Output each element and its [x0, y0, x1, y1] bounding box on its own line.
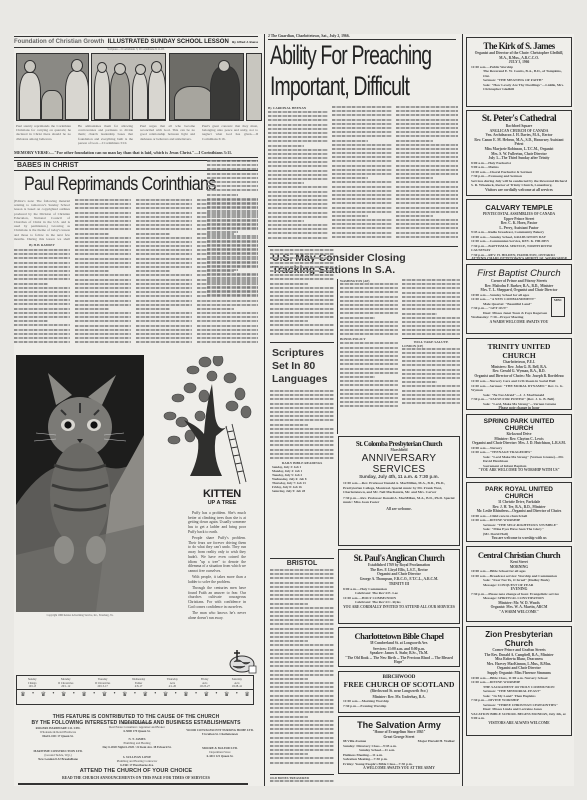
sunday-school-banner: Foundation of Christian Growth ILLUSTRAT…: [14, 36, 258, 48]
comic-panel-3: [169, 53, 244, 121]
kitten-subtitle: UP A TREE: [192, 500, 252, 506]
reading-item: Saturday, July 9: Job 28: [272, 489, 334, 493]
caption-4: Paul's great concern: that they must, be…: [202, 124, 258, 148]
sponsor-business: MARITIME CONSTRUCTION LTD.(Ground Tackle…: [22, 750, 94, 761]
reading-day: FridayActs19:23-27: [200, 678, 210, 689]
caption-1: Paul sternly reprimands the Corinthian C…: [16, 124, 71, 148]
ad-st-colomba: St. Colomba Presbyterian Church Marshfie…: [338, 436, 460, 546]
ad-salvation-army: The Salvation Army "Home of Evangelism S…: [338, 716, 460, 774]
preaching-body: By CARDINAL HEENAN: [268, 106, 458, 246]
sponsor-block: THIS FEATURE IS CONTRIBUTED TO THE CAUSE…: [14, 710, 258, 786]
daily-bible-readings: SundayI Kings19:1-8MondayII Chronicles20…: [16, 675, 254, 705]
strip-scripture: Scripture—I Corinthians 3; II Corinthian…: [14, 48, 258, 51]
reading-day: ThursdayActs4:1-20: [167, 678, 178, 689]
kitten-photo: [16, 355, 144, 612]
ad-calvary-temple: CALVARY TEMPLE PENTECOSTAL ASSEMBLIES OF…: [466, 199, 572, 260]
headline-paul-reprimands: Paul Reprimands Corinthians: [24, 174, 216, 196]
ad-birchwood: BIRCHWOOD FREE CHURCH OF SCOTLAND (Birch…: [338, 671, 460, 713]
ad-st-pauls: St. Paul's Anglican Church Established 1…: [338, 549, 460, 624]
ad-park-royal: PARK ROYAL UNITED CHURCH 31 Christie Dri…: [466, 482, 572, 542]
attend-church-slogan: ATTEND THE CHURCH OF YOUR CHOICE: [14, 768, 258, 774]
sponsor-business: S. SULLIVAN LOWEPlumbing and Heating Con…: [102, 756, 172, 767]
ad-spring-park: SPRING PARK UNITED CHURCH Kirkwood Drive…: [466, 414, 572, 478]
sponsor-business: N. T. JAMESPlumbing and HeatingDay 6-202…: [102, 738, 172, 749]
newspaper-page: Foundation of Christian Growth ILLUSTRAT…: [14, 34, 574, 786]
kitten-text: Puffy has a problem. She's much better a…: [188, 511, 246, 620]
headline-scriptures: Scriptures Set In 80 Languages: [272, 347, 327, 386]
strip-byline: By Alfred J. Buescher: [232, 40, 258, 44]
photo-copyright: Copyright 1966 Keister Advertising Servi…: [16, 614, 144, 617]
ad-st-peters: St. Peter's Cathedral Rochford Square AN…: [466, 110, 572, 196]
ad-bible-chapel: Charlottetown Bible Chapel 38 Cumberland…: [338, 627, 460, 667]
comic-panel-1: [16, 53, 89, 121]
reading-day: WednesdayEsther4:8-17: [132, 678, 145, 689]
reading-day: MondayII Chronicles20:1-12: [58, 678, 73, 689]
sponsor-business: JOHN W. MacKENZIEReal Estate Consultant …: [102, 722, 172, 733]
tracking-body: WASHINGTON (AP) BONDS POLICY WILL TAKE S…: [340, 279, 460, 433]
sponsor-business: WOOD CONVALESCENT NURSING HOME LTD.9 Gra…: [184, 729, 256, 737]
reading-day: SaturdayActs19:28-41: [232, 678, 242, 689]
ad-zion-presbyterian: Zion Presbyterian Church Corner Prince a…: [466, 626, 572, 736]
strip-title-left: Foundation of Christian Growth: [14, 39, 104, 45]
headline-bristol: BRISTOL: [270, 558, 334, 567]
strip-title-right: ILLUSTRATED SUNDAY SCHOOL LESSON: [108, 39, 229, 45]
memory-verse: MEMORY VERSE:—"For other foundation can …: [14, 150, 258, 158]
scriptures-body: DAILY BIBLE READINGS Sunday, July 3: Job…: [270, 390, 334, 525]
caption-2: He admonishes them for allowing controve…: [78, 124, 133, 148]
church-globe-icon: [229, 648, 257, 674]
sponsor-business: MOORE & McLEOD LTD.Department Store6-441…: [184, 747, 256, 758]
kitten-title: KITTEN: [192, 488, 252, 500]
reading-day: TuesdayII Chronicles20:13-17: [95, 678, 110, 689]
caption-3: Paul urges that all who become reconcile…: [140, 124, 195, 148]
comic-panel-4-edge: [246, 53, 262, 121]
tree-illustration: [160, 356, 256, 494]
sponsor-business: ROGERS HARDWARE CO. LTD.Wholesale & Reta…: [22, 727, 94, 738]
headline-preaching: Ability For Preaching Important, Difficu…: [270, 40, 405, 102]
ad-kirk-st-james: The Kirk of S. James Organist and Direct…: [466, 37, 572, 107]
read-announcements: READ THE CHURCH ANNOUNCEMENTS ON THIS PA…: [14, 776, 258, 780]
ad-trinity-united: TRINITY UNITED CHURCH Charlottetown, P.E…: [466, 338, 572, 410]
crown-border: ♛•♛•♛•♛•♛•♛•♛•♛•♛•♛•♛•♛: [17, 690, 253, 698]
ad-first-baptist: First Baptist Church Corner of Prince an…: [466, 264, 572, 334]
baptist-logo-icon: MBC: [551, 297, 565, 317]
ad-central-christian: Central Christian Church Kent Street MOR…: [466, 546, 572, 622]
reading-day: SundayI Kings19:1-8: [28, 678, 37, 689]
comic-panel-2: [91, 53, 166, 121]
